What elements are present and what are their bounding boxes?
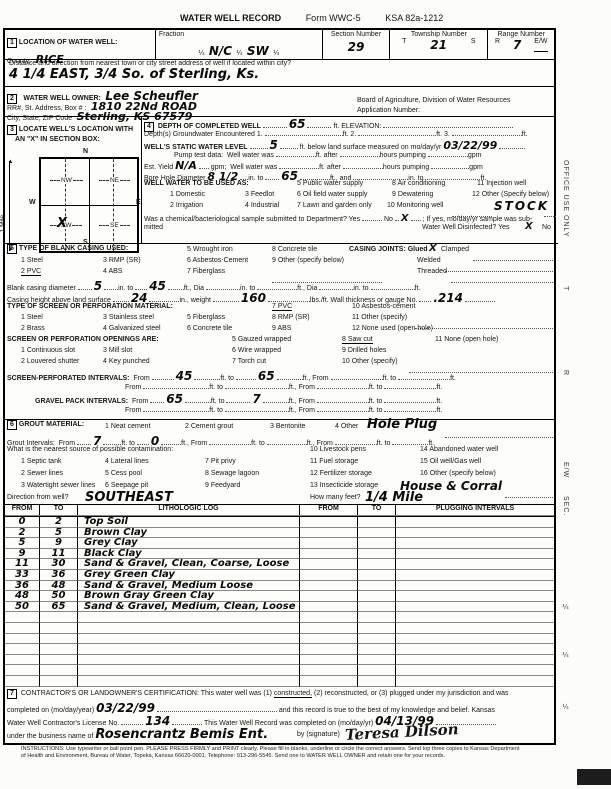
- one-mile-label: 1 Mile: [0, 215, 6, 232]
- quadrant-se: SE: [97, 222, 132, 229]
- use-option-8: 8 Air conditioning: [392, 180, 445, 187]
- contamination-option-1: 1 Septic tank: [21, 458, 61, 465]
- range-ew: E/W: [534, 38, 547, 52]
- office-r-label: R: [562, 370, 569, 376]
- log-header-to: TO: [40, 505, 78, 516]
- screen-material-label: TYPE OF SCREEN OR PERFORATION MATERIAL:: [7, 303, 173, 310]
- contamination-option-9: 9 Feedyard: [205, 482, 240, 489]
- how-many-feet-label: How many feet?: [310, 494, 361, 501]
- plug-header-intervals: PLUGGING INTERVALS: [396, 505, 554, 516]
- casing-option-4: 4 ABS: [103, 268, 122, 275]
- screen-option-5: 5 Fiberglass: [187, 314, 225, 321]
- sample-no-x: X: [401, 213, 409, 224]
- section3-location-diagram: 3LOCATE WELL'S LOCATION WITH AN "X" IN S…: [5, 117, 142, 244]
- contamination-option-2: 2 Sewer lines: [21, 470, 63, 477]
- license-value: 134: [145, 714, 170, 728]
- form-statute: KSA 82a-1212: [385, 13, 443, 23]
- dashed-line-ne: [113, 159, 114, 251]
- glued-x-mark: X: [429, 243, 437, 254]
- spi2-ftto-2: ft. to: [369, 384, 383, 391]
- spi2-ftfrom: ft., From: [289, 384, 315, 391]
- fraction-label: Fraction: [159, 31, 184, 38]
- township-value: 21: [430, 38, 447, 52]
- screen-option-8: 8 RMP (SR): [272, 314, 310, 321]
- range-value: 7: [513, 38, 521, 52]
- compass-w: W: [29, 199, 36, 206]
- contamination-option-13: 13 Insecticide storage: [310, 482, 378, 489]
- groundwater-label: Depth(s) Groundwater Encountered 1.: [144, 131, 263, 138]
- casing-option-3: 3 RMP (SR): [103, 257, 141, 264]
- office-sec-label: SEC.: [562, 496, 569, 516]
- log-row-empty: [5, 676, 554, 687]
- screen-option-6: 6 Concrete tile: [187, 325, 232, 332]
- spi2-ftto: ft. to: [209, 384, 223, 391]
- contamination-option-14: 14 Abandoned water well: [420, 446, 498, 453]
- log-row-empty: [5, 612, 554, 623]
- log-header-from: FROM: [5, 505, 40, 516]
- grout-option-4: 4 Other: [335, 423, 358, 430]
- instructions-block: INSTRUCTIONS: Use typewriter or ball poi…: [5, 744, 554, 759]
- section7-certification: 7 CONTRACTOR'S OR LANDOWNER'S CERTIFICAT…: [5, 687, 554, 747]
- grout-option-3: 3 Bentonite: [270, 423, 305, 430]
- section-box-horizontal-line: [41, 205, 137, 206]
- distance-row: Distance and direction from nearest town…: [5, 59, 554, 87]
- section-box: NW NE SW SE X: [39, 157, 139, 253]
- business-name-label: under the business name of: [7, 733, 93, 740]
- arrow-up-icon: ▲: [8, 159, 14, 165]
- contamination-option-8: 8 Sewage lagoon: [205, 470, 259, 477]
- certification-line1a: CONTRACTOR'S OR LANDOWNER'S CERTIFICATIO…: [21, 690, 272, 697]
- use-option-4: 4 Industrial: [245, 202, 279, 209]
- log-row: 911Black Clay: [5, 549, 554, 560]
- water-well-record-form: WATER WELL RECORD Form WWC-5 KSA 82a-121…: [0, 0, 611, 789]
- feet-value: 1/4 Mile: [365, 490, 423, 505]
- section-number-label: Section Number: [323, 30, 390, 38]
- openings-option-8-selected: 8 Saw cut: [342, 336, 373, 344]
- quarter-mark: ¼: [237, 50, 243, 57]
- well-location-x-mark: X: [57, 216, 67, 231]
- range-cell: Range Number R 7 E/W: [488, 30, 554, 59]
- section-number-value: 29: [348, 40, 365, 54]
- gravel2-ftfrom: ft., From: [289, 407, 315, 414]
- certification-line2b: and this record is true to the best of m…: [279, 707, 495, 714]
- use-label: WELL WATER TO BE USED AS:: [144, 180, 249, 187]
- gravel2-ftto-2: ft. to: [369, 407, 383, 414]
- use-option-2: 2 Irrigation: [170, 202, 203, 209]
- instructions-line-1: INSTRUCTIONS: Use typewriter or ball poi…: [21, 746, 548, 753]
- grout-other-value: Hole Plug: [367, 417, 437, 432]
- contamination-label: What is the nearest source of possible c…: [7, 446, 173, 453]
- log-row: 25Brown Clay: [5, 528, 554, 539]
- board-label: Board of Agriculture, Division of Water …: [357, 97, 510, 104]
- disinfected-label: Water Well Disinfected? Yes: [422, 224, 510, 231]
- form-number: Form WWC-5: [306, 13, 361, 23]
- contamination-option-3: 3 Watertight sewer lines: [21, 482, 95, 489]
- openings-label: SCREEN OR PERFORATION OPENINGS ARE:: [7, 336, 159, 343]
- casing-option-8: 8 Concrete tile: [272, 246, 317, 253]
- distance-value: 4 1/4 EAST, 3/4 So. of Sterling, Ks.: [9, 67, 550, 82]
- range-r: R: [495, 38, 500, 52]
- compass-n: N: [83, 148, 88, 155]
- contamination-option-16: 16 Other (specify below): [420, 470, 496, 477]
- contamination-option-7: 7 Pit privy: [205, 458, 236, 465]
- log-row: 59Grey Clay: [5, 538, 554, 549]
- township-s: S: [471, 38, 476, 52]
- log-row-empty: [5, 623, 554, 634]
- hours-pumping-1: hours pumping: [380, 152, 426, 159]
- casing-option-6: 6 Asbestos-Cement: [187, 257, 248, 264]
- license-label: Water Well Contractor's License No.: [7, 720, 119, 727]
- section-number-cell: Section Number 29: [323, 30, 391, 59]
- screen-option-3: 3 Stainless steel: [103, 314, 154, 321]
- office-quarter-3: ¼: [562, 704, 569, 712]
- use-option-12: 12 Other (Specify below): [472, 191, 549, 198]
- openings-option-6: 6 Wire wrapped: [232, 347, 281, 354]
- screen-option-9: 9 ABS: [272, 325, 291, 332]
- screen-option-1: 1 Steel: [21, 314, 43, 321]
- contamination-option-5: 5 Cess pool: [105, 470, 142, 477]
- township-t: T: [402, 38, 406, 52]
- contamination-option-10: 10 Livestock pens: [310, 446, 366, 453]
- use-option-3: 3 Feedlot: [245, 191, 274, 198]
- use-option-5: 5 Public water supply: [297, 180, 363, 187]
- application-number-label: Application Number:: [357, 107, 420, 114]
- distance-label: Distance and direction from nearest town…: [9, 60, 550, 67]
- contamination-option-4: 4 Lateral lines: [105, 458, 149, 465]
- sample-no-label: No: [384, 216, 393, 223]
- openings-option-9: 9 Drilled holes: [342, 347, 386, 354]
- threaded-label: Threaded: [417, 268, 447, 275]
- screen-option-2: 2 Brass: [21, 325, 45, 332]
- screen-option-12: 12 None used (open hole): [352, 325, 433, 332]
- log-row-empty: [5, 655, 554, 666]
- log-row: 5065Sand & Gravel, Medium, Clean, Loose: [5, 602, 554, 613]
- fraction-value-2: SW: [247, 44, 269, 58]
- constructed-underlined: constructed,: [274, 690, 312, 698]
- form-title-row: WATER WELL RECORD Form WWC-5 KSA 82a-121…: [180, 13, 465, 23]
- dashed-line-nw: [65, 159, 66, 251]
- section5-casing: 5TYPE OF BLANK CASING USED: 5 Wrought ir…: [5, 244, 554, 420]
- signature-label: by (signature): [297, 731, 340, 738]
- log-row-empty: [5, 665, 554, 676]
- quadrant-nw: NW: [48, 177, 85, 184]
- contamination-option-15: 15 Oil well/Gas well: [420, 458, 481, 465]
- quarter-mark: ¼: [199, 50, 205, 57]
- section1-number: 1: [7, 38, 17, 48]
- completed-on-label: completed on (mo/day/year): [7, 707, 94, 714]
- groundwater-3: ft. 3.: [436, 131, 450, 138]
- plug-header-from: FROM: [300, 505, 358, 516]
- office-quarter-1: ¼: [562, 604, 569, 612]
- openings-option-11: 11 None (open hole): [435, 336, 498, 343]
- log-row: 3336Grey Green Clay: [5, 570, 554, 581]
- mitted-label: mitted: [144, 224, 163, 231]
- gravel2-ft-end: ft.: [436, 407, 442, 414]
- section3-number: 3: [7, 125, 17, 135]
- completed-date-value: 03/22/99: [96, 701, 155, 715]
- log-row-empty: [5, 634, 554, 645]
- sample-question: Was a chemical/bacteriological sample su…: [144, 216, 360, 223]
- fraction-cell: Fraction ¼ N/C ¼ SW ¼: [156, 30, 323, 59]
- joints-label: CASING JOINTS: Glued: [349, 246, 428, 253]
- section5-number: 5: [7, 244, 17, 254]
- spi2-ft-end: ft.: [436, 384, 442, 391]
- certification-line1b: (2) reconstructed, or (3) plugged under …: [314, 690, 509, 697]
- screen-option-4: 4 Galvanized steel: [103, 325, 161, 332]
- township-label: Township Number: [390, 30, 487, 38]
- openings-option-1: 1 Continuous slot: [21, 347, 75, 354]
- contamination-option-6: 6 Seepage pit: [105, 482, 148, 489]
- section6-number: 6: [7, 420, 17, 430]
- use-option-1: 1 Domestic: [170, 191, 205, 198]
- casing-option-2-selected: 2 PVC: [21, 268, 41, 276]
- groundwater-2: ft. 2.: [343, 131, 357, 138]
- casing-option-1: 1 Steel: [21, 257, 43, 264]
- plug-header-to: TO: [358, 505, 396, 516]
- openings-option-10: 10 Other (specify): [342, 358, 398, 365]
- spi-from-label-2: From: [125, 384, 141, 391]
- log-row: 02Top Soil: [5, 517, 554, 528]
- county-cell: 1LOCATION OF WATER WELL: County: RICE: [5, 30, 156, 59]
- gravel2-ftto: ft. to: [209, 407, 223, 414]
- gravel-from-label-2: From: [125, 407, 141, 414]
- disinfected-no-label: No: [542, 224, 551, 231]
- use-other-value: STOCK: [494, 199, 549, 213]
- office-t-label: T: [562, 286, 569, 291]
- section1-location: 1LOCATION OF WATER WELL: County: RICE Fr…: [5, 30, 554, 60]
- casing-option-5: 5 Wrought iron: [187, 246, 233, 253]
- clamped-label: Clamped: [441, 246, 469, 253]
- grout-label: GROUT MATERIAL:: [19, 421, 84, 428]
- form-title: WATER WELL RECORD: [180, 13, 281, 23]
- sample-question-2: ; If yes, mo/day/yr sample was sub-: [422, 216, 532, 223]
- section1-heading: LOCATION OF WATER WELL:: [19, 39, 118, 46]
- fraction-value-1: N/C: [209, 44, 232, 58]
- grout-option-1: 1 Neat cement: [105, 423, 151, 430]
- well-water-was-1: Well water was: [227, 152, 274, 159]
- use-option-11: 11 Injection well: [477, 180, 526, 187]
- casing-option-9: 9 Other (specify below): [272, 257, 344, 264]
- gpm-1: gpm: [468, 152, 482, 159]
- office-ew-label: E/W: [562, 462, 569, 478]
- direction-value: SOUTHEAST: [85, 490, 173, 505]
- contamination-option-12: 12 Fertilizer storage: [310, 470, 372, 477]
- ft-after-1: ft. after: [316, 152, 338, 159]
- office-quarter-2: ¼: [562, 652, 569, 660]
- quadrant-ne: NE: [97, 177, 132, 184]
- section7-number: 7: [7, 689, 17, 699]
- use-option-7: 7 Lawn and garden only: [297, 202, 372, 209]
- grout-option-2: 2 Cement grout: [185, 423, 233, 430]
- log-row-empty: [5, 644, 554, 655]
- use-option-6: 6 Oil field water supply: [297, 191, 367, 198]
- disinfected-yes-x: X: [525, 221, 533, 232]
- ft-unit: ft.: [522, 131, 528, 138]
- openings-option-7: 7 Torch cut: [232, 358, 266, 365]
- pump-test-label: Pump test data:: [174, 152, 223, 159]
- scan-artifact-box: [577, 769, 611, 785]
- log-table-header: FROM TO LITHOLOGIC LOG FROM TO PLUGGING …: [5, 505, 554, 517]
- openings-option-3: 3 Mill slot: [103, 347, 132, 354]
- section2-owner: 2 WATER WELL OWNER: Lee Scheufler RR#, S…: [5, 87, 554, 117]
- welded-label: Welded: [417, 257, 441, 264]
- log-header-litho: LITHOLOGIC LOG: [78, 505, 300, 516]
- casing-option-7: 7 Fiberglass: [187, 268, 225, 275]
- section3-heading-1: LOCATE WELL'S LOCATION WITH: [19, 126, 133, 133]
- office-use-only-label: OFFICE USE ONLY: [562, 160, 569, 238]
- section3-heading-2: AN "X" IN SECTION BOX:: [5, 136, 141, 143]
- contamination-option-11: 11 Fuel storage: [310, 458, 358, 465]
- business-name-value: Rosencrantz Bemis Ent.: [95, 727, 268, 742]
- use-option-10: 10 Monitoring well: [387, 202, 443, 209]
- instructions-line-2: of Health and Environment, Bureau of Wat…: [21, 753, 548, 760]
- one-mile-arrow: ▲ ▼ 1 Mile: [9, 161, 10, 251]
- openings-option-2: 2 Louvered shutter: [21, 358, 79, 365]
- township-cell: Township Number T 21 S: [390, 30, 488, 59]
- range-label: Range Number: [488, 30, 554, 38]
- quarter-mark: ¼: [273, 50, 279, 57]
- log-row: 4850Brown Gray Green Clay: [5, 591, 554, 602]
- screen-option-10: 10 Asbestos-cement: [352, 303, 415, 310]
- use-option-9: 9 Dewatering: [392, 191, 433, 198]
- casing-label: TYPE OF BLANK CASING USED:: [19, 245, 128, 252]
- screen-option-11: 11 Other (specify): [352, 314, 407, 321]
- lithologic-log-table: FROM TO LITHOLOGIC LOG FROM TO PLUGGING …: [5, 505, 554, 687]
- form-body: 1LOCATION OF WATER WELL: County: RICE Fr…: [3, 28, 556, 745]
- openings-option-4: 4 Key punched: [103, 358, 150, 365]
- screen-option-7-selected: 7 PVC: [272, 303, 292, 311]
- openings-option-5: 5 Gauzed wrapped: [232, 336, 291, 343]
- log-row: 1130Sand & Gravel, Clean, Coarse, Loose: [5, 559, 554, 570]
- direction-label: Direction from well?: [7, 494, 68, 501]
- log-row: 3648Sand & Gravel, Medium Loose: [5, 581, 554, 592]
- section4-well-data: 4 DEPTH OF COMPLETED WELL 65 ft. ELEVATI…: [142, 117, 558, 244]
- section6-grout: 6GROUT MATERIAL: 1 Neat cement 2 Cement …: [5, 420, 554, 505]
